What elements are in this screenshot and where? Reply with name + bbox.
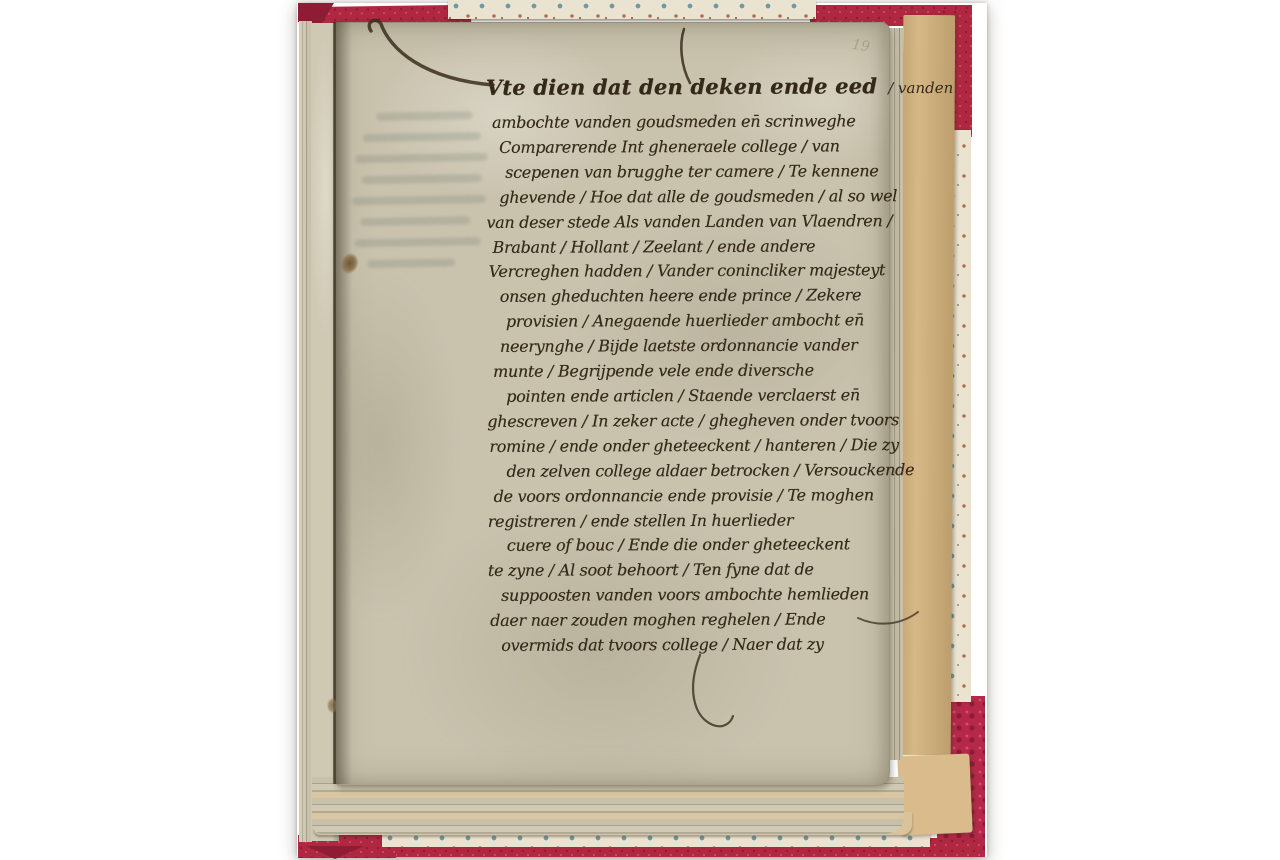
show-through-text xyxy=(350,111,503,294)
manuscript-line: munte / Begrijpende vele ende diversche xyxy=(493,358,887,385)
show-through-line xyxy=(360,216,470,226)
gutter-shadow xyxy=(334,22,352,784)
manuscript-line: daer naer zouden moghen reghelen / Ende xyxy=(490,607,888,634)
manuscript-line: onsen gheduchten heere ende prince / Zek… xyxy=(500,283,887,310)
manuscript-line: neerynghe / Bijde laetste ordonnancie va… xyxy=(500,333,887,360)
manuscript-line: ghescreven / In zeker acte / ghegheven o… xyxy=(487,408,887,435)
photograph: 19 Vte dien dat den deken ende eed / van… xyxy=(0,0,1280,860)
manuscript-line: Brabant / Hollant / Zeelant / ende ander… xyxy=(492,234,886,261)
flyleaf-right xyxy=(899,15,956,755)
show-through-line xyxy=(355,237,481,247)
show-through-line xyxy=(362,174,482,184)
manuscript-line: registreren / ende stellen In huerlieder xyxy=(488,508,888,535)
manuscript-line: ambochte vanden goudsmeden en̄ scrinwegh… xyxy=(492,109,886,136)
manuscript-line: cuere of bouc / Ende die onder gheteecke… xyxy=(507,533,888,560)
manuscript-line: den zelven college aldaer betrocken / Ve… xyxy=(506,458,887,485)
manuscript-line: provisien / Anegaende huerlieder ambocht… xyxy=(506,308,887,335)
show-through-line xyxy=(367,259,455,269)
thread-tuft xyxy=(327,698,338,713)
folio-mark: 19 xyxy=(851,37,871,55)
manuscript-line: te zyne / Al soot behoort / Ten fyne dat… xyxy=(488,557,888,584)
manuscript-line: Vercreghen hadden / Vander conincliker m… xyxy=(489,259,887,286)
show-through-line xyxy=(355,153,487,163)
manuscript-opening-line: Vte dien dat den deken ende eed / vanden xyxy=(486,73,886,107)
floral-endpaper-top xyxy=(448,0,816,19)
manuscript-line: ghevende / Hoe dat alle de goudsmeden / … xyxy=(499,184,886,211)
manuscript-line: overmids dat tvoors college / Naer dat z… xyxy=(501,632,888,659)
manuscript-line: suppoosten vanden voors ambochte hemlied… xyxy=(501,582,888,609)
manuscript-text-block: Vte dien dat den deken ende eed / vanden… xyxy=(486,73,889,659)
show-through-line xyxy=(352,195,486,205)
manuscript-lines: ambochte vanden goudsmeden en̄ scrinwegh… xyxy=(486,109,888,659)
manuscript-line: scepenen van brugghe ter camere / Te ken… xyxy=(505,159,886,186)
show-through-line xyxy=(363,132,481,142)
manuscript-line: romine / ende onder gheteeckent / hanter… xyxy=(489,433,887,460)
show-through-line xyxy=(376,111,472,121)
opening-line-large-script: Vte dien dat den deken ende eed xyxy=(486,73,877,100)
manuscript-line: pointen ende articlen / Staende verclaer… xyxy=(506,383,887,410)
manuscript-line: de voors ordonnancie ende provisie / Te … xyxy=(494,483,888,510)
manuscript-line: van deser stede Als vanden Landen van Vl… xyxy=(486,209,886,236)
manuscript-line: Comparerende Int gheneraele college / va… xyxy=(499,134,886,161)
opening-line-tail: / vanden xyxy=(888,79,953,97)
